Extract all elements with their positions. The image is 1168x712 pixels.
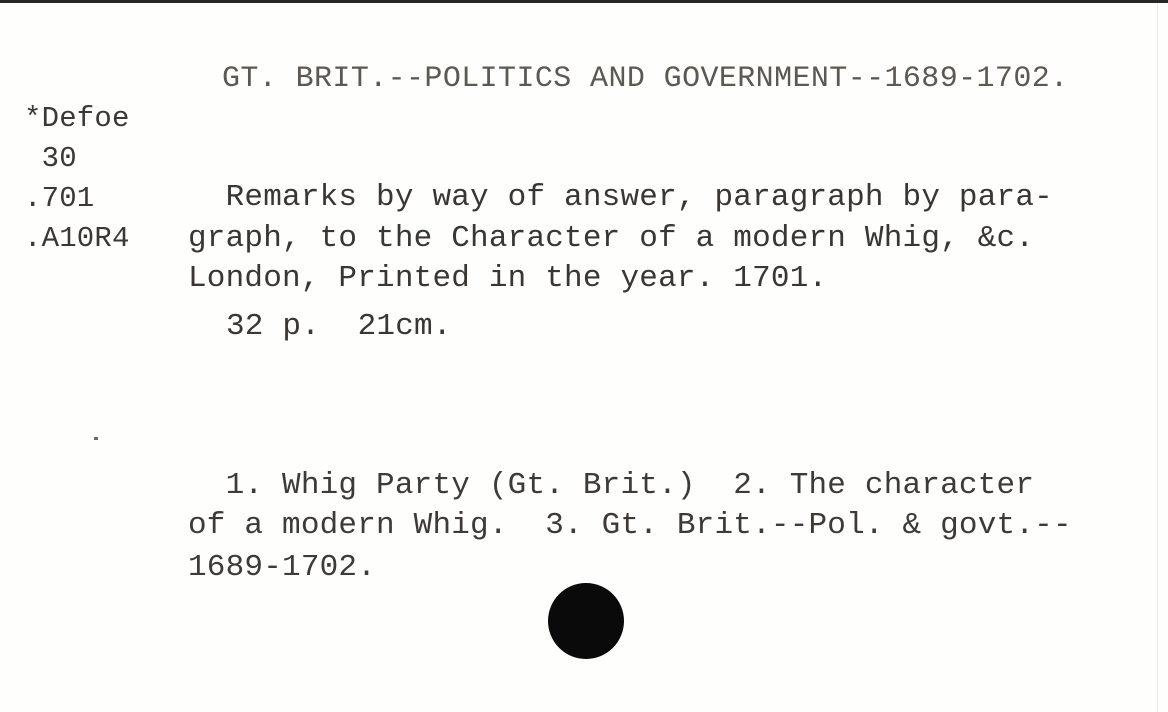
title-line-2: graph, to the Character of a modern Whig… [188, 221, 1034, 257]
tracing-line-1: 1. Whig Party (Gt. Brit.) 2. The charact… [188, 468, 1034, 504]
punch-hole [548, 583, 624, 659]
collation: 32 p. 21cm. [226, 309, 452, 345]
call-number-line-3: .701 [24, 181, 94, 217]
catalog-card: GT. BRIT.--POLITICS AND GOVERNMENT--1689… [0, 0, 1168, 712]
title-line-1: Remarks by way of answer, paragraph by p… [188, 180, 1053, 216]
call-number-line-2: 30 [24, 141, 77, 177]
tracing-line-3: 1689-1702. [188, 550, 376, 586]
call-number-line-1: *Defoe [24, 101, 130, 137]
call-number-line-4: .A10R4 [24, 221, 130, 257]
ink-speck [94, 437, 98, 440]
tracing-line-2: of a modern Whig. 3. Gt. Brit.--Pol. & g… [188, 508, 1072, 544]
subject-heading: GT. BRIT.--POLITICS AND GOVERNMENT--1689… [222, 61, 1069, 97]
imprint-line: London, Printed in the year. 1701. [188, 261, 827, 297]
